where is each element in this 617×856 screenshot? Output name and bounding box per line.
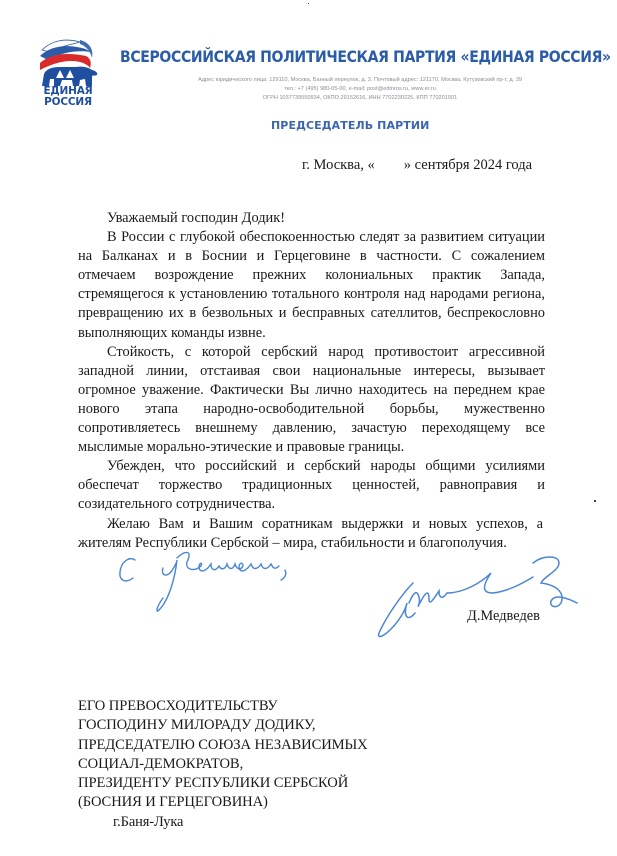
scan-artifact	[594, 500, 596, 502]
requisites-contacts: тел.: +7 (495) 980-05-00, e-mail: post@e…	[140, 85, 580, 94]
paragraph-serbian-resilience: Стойкость, с которой сербский народ прот…	[78, 343, 545, 458]
logo-wordmark: ЕДИНАЯ РОССИЯ	[36, 86, 100, 108]
handwritten-signature-icon	[373, 553, 583, 648]
requisites-address: Адрес юридического лица: 129110, Москва,…	[140, 76, 580, 85]
place-and-date: г. Москва, « » сентября 2024 года	[302, 157, 532, 174]
addressee-block: ЕГО ПРЕВОСХОДИТЕЛЬСТВУ ГОСПОДИНУ МИЛОРАД…	[78, 697, 368, 832]
party-logo: ЕДИНАЯ РОССИЯ	[36, 36, 100, 114]
paragraph-balkans-concern: В России с глубокой обеспокоенностью сле…	[78, 228, 545, 343]
addressee-line: ГОСПОДИНУ МИЛОРАДУ ДОДИКУ,	[78, 716, 368, 735]
chairman-title: ПРЕДСЕДАТЕЛЬ ПАРТИИ	[271, 119, 429, 132]
scan-artifact	[308, 3, 309, 4]
paragraph-shared-values: Убежден, что российский и сербский народ…	[78, 457, 545, 514]
requisites-registration: ОГРН 1037739550934, ОКПО 29152616, ИНН 7…	[140, 94, 580, 103]
addressee-city: г.Баня-Лука	[78, 813, 368, 832]
greeting: Уважаемый господин Додик!	[78, 209, 545, 228]
signer-name: Д.Медведев	[467, 608, 540, 625]
addressee-line: СОЦИАЛ-ДЕМОКРАТОВ,	[78, 755, 368, 774]
united-russia-bear-flag-icon	[36, 36, 100, 88]
addressee-line: ЕГО ПРЕВОСХОДИТЕЛЬСТВУ	[78, 697, 368, 716]
party-requisites: Адрес юридического лица: 129110, Москва,…	[140, 76, 580, 102]
letter-body: Уважаемый господин Додик! В России с глу…	[78, 209, 545, 553]
handwritten-regards	[115, 548, 335, 618]
paragraph-closing-wishes: Желаю Вам и Вашим соратникам выдержки и …	[78, 515, 543, 553]
addressee-line: ПРЕДСЕДАТЕЛЮ СОЮЗА НЕЗАВИСИМЫХ	[78, 736, 368, 755]
letter-page: ЕДИНАЯ РОССИЯ ВСЕРОССИЙСКАЯ ПОЛИТИЧЕСКАЯ…	[0, 0, 617, 856]
handwritten-regards-icon	[115, 548, 335, 618]
signature	[373, 553, 583, 648]
addressee-line: (БОСНИЯ И ГЕРЦЕГОВИНА)	[78, 793, 368, 812]
party-name-header: ВСЕРОССИЙСКАЯ ПОЛИТИЧЕСКАЯ ПАРТИЯ «ЕДИНА…	[120, 48, 543, 66]
addressee-line: ПРЕЗИДЕНТУ РЕСПУБЛИКИ СЕРБСКОЙ	[78, 774, 368, 793]
